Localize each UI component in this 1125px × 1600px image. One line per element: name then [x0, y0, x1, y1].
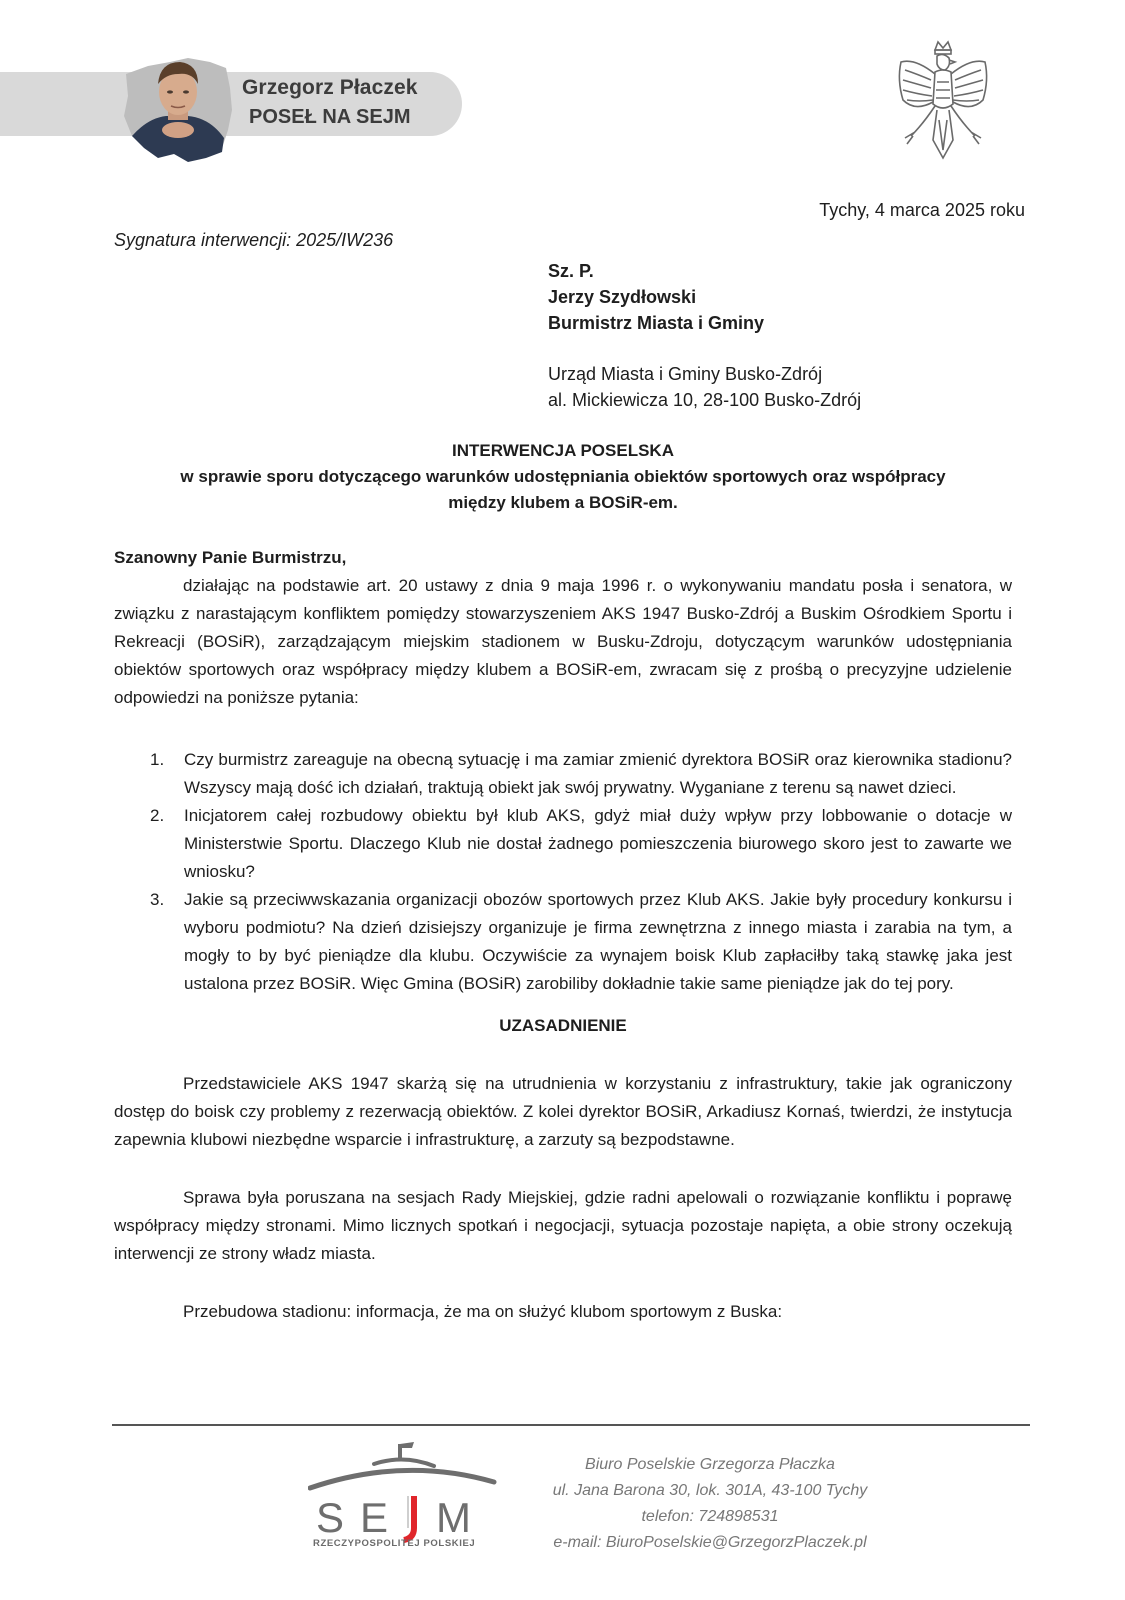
- question-text: Jakie są przeciwwskazania organizacji ob…: [184, 890, 1012, 993]
- recipient-address: al. Mickiewicza 10, 28-100 Busko-Zdrój: [548, 387, 861, 413]
- question-text: Czy burmistrz zareaguje na obecną sytuac…: [184, 750, 1012, 797]
- title-heading: INTERWENCJA POSELSKA: [114, 438, 1012, 464]
- recipient-salutation: Sz. P.: [548, 258, 861, 284]
- intro-paragraph: działając na podstawie art. 20 ustawy z …: [114, 572, 1012, 712]
- question-number: 1.: [150, 746, 164, 774]
- justification-paragraph: Przebudowa stadionu: informacja, że ma o…: [114, 1298, 1012, 1326]
- recipient-block: Sz. P. Jerzy Szydłowski Burmistrz Miasta…: [548, 258, 861, 413]
- title-subject-line-2: między klubem a BOSiR-em.: [114, 490, 1012, 516]
- title-subject-line-1: w sprawie sporu dotyczącego warunków udo…: [114, 464, 1012, 490]
- question-item: 3. Jakie są przeciwwskazania organizacji…: [114, 886, 1012, 998]
- footer-divider: [112, 1424, 1030, 1426]
- office-contact-block: Biuro Poselskie Grzegorza Płaczka ul. Ja…: [500, 1452, 920, 1556]
- letter-body: Szanowny Panie Burmistrzu, działając na …: [114, 544, 1012, 1326]
- sejm-logo-subtitle: RZECZYPOSPOLITEJ POLSKIEJ: [313, 1538, 475, 1549]
- question-number: 2.: [150, 802, 164, 830]
- greeting: Szanowny Panie Burmistrzu,: [114, 544, 1012, 572]
- svg-text:M: M: [436, 1494, 471, 1541]
- question-number: 3.: [150, 886, 164, 914]
- office-name: Biuro Poselskie Grzegorza Płaczka: [500, 1452, 920, 1478]
- mp-portrait-icon: [118, 52, 236, 162]
- question-item: 2. Inicjatorem całej rozbudowy obiektu b…: [114, 802, 1012, 886]
- justification-paragraph: Przedstawiciele AKS 1947 skarżą się na u…: [114, 1070, 1012, 1154]
- intervention-signature: Sygnatura interwencji: 2025/IW236: [114, 230, 393, 251]
- svg-text:E: E: [360, 1494, 388, 1541]
- letter-page: Grzegorz Płaczek POSEŁ NA SEJM Tychy, 4 …: [0, 0, 1125, 1600]
- mp-title: POSEŁ NA SEJM: [249, 106, 411, 129]
- justification-paragraph: Sprawa była poruszana na sesjach Rady Mi…: [114, 1184, 1012, 1268]
- recipient-position: Burmistrz Miasta i Gminy: [548, 310, 861, 336]
- office-phone: telefon: 724898531: [500, 1504, 920, 1530]
- recipient-office: Urząd Miasta i Gminy Busko-Zdrój: [548, 361, 861, 387]
- question-text: Inicjatorem całej rozbudowy obiektu był …: [184, 806, 1012, 881]
- mp-name: Grzegorz Płaczek: [242, 76, 418, 100]
- questions-list: 1. Czy burmistrz zareaguje na obecną syt…: [114, 746, 1012, 998]
- svg-text:S: S: [316, 1494, 344, 1541]
- question-item: 1. Czy burmistrz zareaguje na obecną syt…: [114, 746, 1012, 802]
- justification-heading: UZASADNIENIE: [114, 1012, 1012, 1040]
- office-email[interactable]: e-mail: BiuroPoselskie@GrzegorzPlaczek.p…: [500, 1530, 920, 1556]
- polish-eagle-emblem-icon: [893, 40, 993, 175]
- recipient-name: Jerzy Szydłowski: [548, 284, 861, 310]
- office-address: ul. Jana Barona 30, lok. 301A, 43-100 Ty…: [500, 1478, 920, 1504]
- letter-title: INTERWENCJA POSELSKA w sprawie sporu dot…: [114, 438, 1012, 516]
- place-date: Tychy, 4 marca 2025 roku: [819, 200, 1025, 221]
